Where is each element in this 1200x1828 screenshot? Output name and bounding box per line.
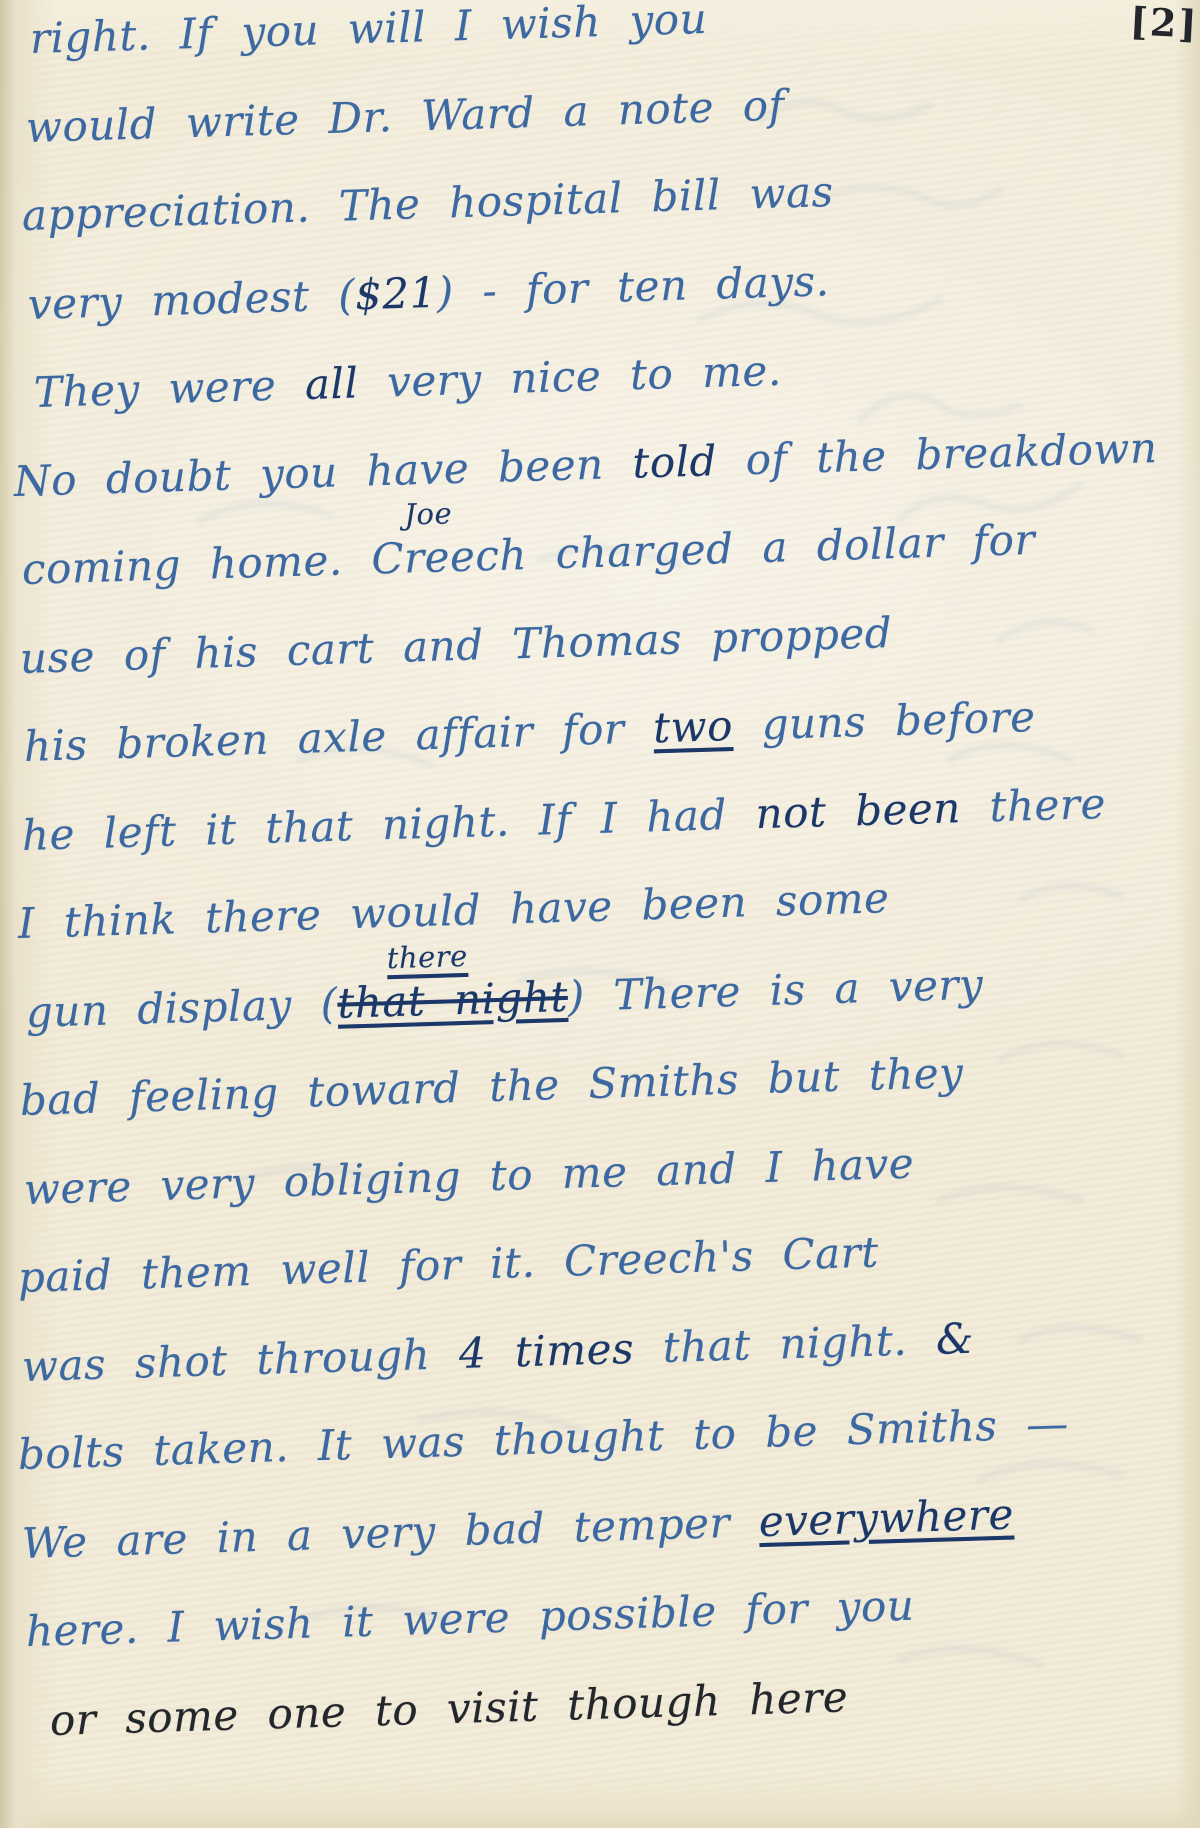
text-segment: very modest ( bbox=[27, 270, 356, 329]
text-segment: coming home. bbox=[21, 535, 372, 594]
inserted-word: Joe bbox=[404, 496, 453, 531]
text-segment: appreciation. The hospital bill was bbox=[21, 167, 834, 240]
text-segment: No doubt you have been bbox=[13, 438, 633, 505]
text-segment: there bbox=[960, 778, 1106, 831]
text-segment: would write Dr. Ward a note of bbox=[25, 80, 785, 151]
handwriting-line: right. If you will I wish you bbox=[29, 0, 708, 63]
text-segment: he left it that night. If I had bbox=[21, 789, 756, 860]
text-segment: right. If you will I wish you bbox=[29, 0, 708, 63]
text-segment: not been bbox=[755, 783, 962, 838]
text-segment: two bbox=[652, 701, 733, 752]
text-segment: ) There is a very bbox=[567, 959, 984, 1020]
text-segment: were very obliging to me and I have bbox=[23, 1138, 915, 1213]
text-segment: We are in a very bad temper bbox=[21, 1497, 759, 1568]
text-segment: his broken axle affair for bbox=[23, 703, 654, 771]
handwriting-line: We are in a very bad temper everywhere bbox=[21, 1489, 1014, 1567]
text-segment: ) - for ten days. bbox=[436, 256, 830, 317]
text-segment: bolts taken. It was thought to be Smiths… bbox=[17, 1399, 1069, 1479]
text-segment: was shot through bbox=[21, 1329, 459, 1391]
text-segment: They were bbox=[33, 360, 305, 417]
text-segment: bad feeling toward the Smiths but they bbox=[19, 1048, 964, 1125]
text-segment: & bbox=[935, 1313, 974, 1363]
handwriting-line: I think there would have been some bbox=[17, 873, 890, 948]
handwriting-line: here. I wish it were possible for you bbox=[25, 1581, 915, 1656]
handwriting-line: They were all very nice to me. bbox=[33, 346, 782, 417]
handwriting-line: was shot through 4 times that night. & bbox=[21, 1313, 974, 1390]
handwriting-line: gun display (therethat night) There is a… bbox=[25, 959, 984, 1036]
text-segment: told bbox=[632, 436, 718, 487]
text-segment: use of his cart and Thomas propped bbox=[19, 608, 893, 683]
text-segment: gun display ( bbox=[25, 978, 338, 1036]
inserted-word: there bbox=[386, 938, 468, 974]
letter-page: [2] right. If you will I wish youwould w… bbox=[0, 0, 1200, 1828]
text-segment: here. I wish it were possible for you bbox=[25, 1581, 915, 1656]
annotated-word: therethat night bbox=[337, 971, 569, 1027]
text-segment: or some one to visit though here bbox=[49, 1672, 849, 1745]
text-segment: 4 times bbox=[458, 1323, 635, 1377]
annotated-word: JoeCreech bbox=[371, 530, 528, 584]
handwriting-lines: right. If you will I wish youwould write… bbox=[0, 0, 1200, 1828]
handwriting-line: use of his cart and Thomas propped bbox=[19, 608, 893, 683]
text-segment: charged a dollar for bbox=[526, 515, 1036, 579]
handwriting-line: appreciation. The hospital bill was bbox=[21, 167, 834, 240]
handwriting-line: would write Dr. Ward a note of bbox=[25, 80, 785, 151]
handwriting-line: or some one to visit though here bbox=[49, 1672, 849, 1745]
text-segment: all bbox=[304, 358, 359, 409]
text-segment: that night. bbox=[633, 1314, 936, 1372]
text-segment: that night bbox=[337, 971, 569, 1027]
handwriting-line: bad feeling toward the Smiths but they bbox=[19, 1048, 964, 1125]
handwriting-line: were very obliging to me and I have bbox=[23, 1138, 915, 1213]
text-segment: guns before bbox=[732, 692, 1036, 750]
text-segment: paid them well for it. Creech's Cart bbox=[17, 1227, 879, 1302]
text-segment: everywhere bbox=[758, 1489, 1014, 1546]
handwriting-line: his broken axle affair for two guns befo… bbox=[23, 692, 1036, 771]
text-segment: very nice to me. bbox=[358, 346, 783, 408]
text-segment: Creech bbox=[371, 530, 528, 584]
handwriting-line: coming home. JoeCreech charged a dollar … bbox=[21, 515, 1035, 594]
handwriting-line: bolts taken. It was thought to be Smiths… bbox=[17, 1399, 1069, 1479]
text-segment: $21 bbox=[354, 267, 437, 318]
handwriting-line: he left it that night. If I had not been… bbox=[21, 778, 1106, 859]
handwriting-line: No doubt you have been told of the break… bbox=[13, 423, 1158, 506]
handwriting-line: very modest ($21) - for ten days. bbox=[27, 256, 830, 329]
text-segment: I think there would have been some bbox=[17, 873, 890, 948]
handwriting-line: paid them well for it. Creech's Cart bbox=[17, 1227, 879, 1302]
text-segment: of the breakdown bbox=[716, 423, 1158, 485]
